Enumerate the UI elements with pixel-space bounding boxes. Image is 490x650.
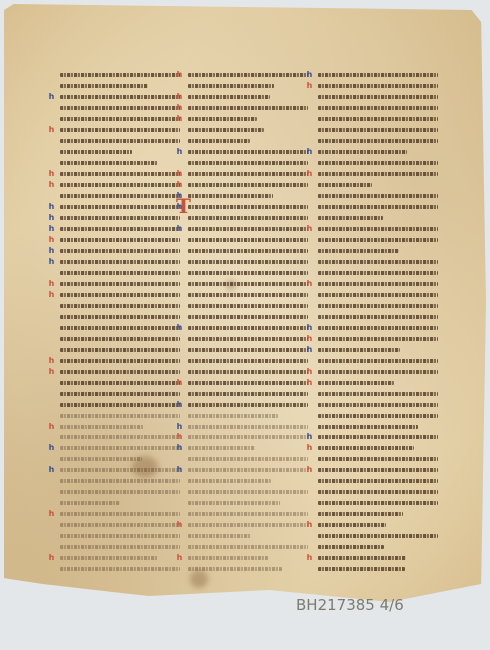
script-line — [58, 411, 180, 421]
handwritten-text — [60, 534, 180, 538]
paraph-mark-icon: h — [48, 367, 55, 376]
handwritten-text — [318, 490, 438, 494]
handwritten-text — [318, 403, 438, 407]
script-line: h — [58, 246, 180, 256]
handwritten-text — [318, 446, 414, 450]
text-column-1: hhhhhhhhhhhhhhhhhhh — [58, 70, 180, 575]
paraph-mark-icon: h — [48, 202, 55, 211]
handwritten-text — [188, 403, 308, 407]
script-line — [58, 70, 180, 80]
handwritten-text — [60, 227, 180, 231]
script-line — [58, 476, 180, 486]
script-line — [316, 564, 438, 574]
handwritten-text — [188, 249, 308, 253]
text-column-2: hhhhhhhhhhhhhhhhhhh — [186, 70, 308, 575]
paraph-mark-icon: h — [176, 92, 183, 101]
handwritten-text — [318, 216, 383, 220]
script-line: h — [316, 279, 438, 289]
handwritten-text — [318, 194, 438, 198]
script-line: h — [58, 279, 180, 289]
script-line — [58, 191, 180, 201]
handwritten-text — [318, 381, 394, 385]
handwritten-text — [60, 304, 180, 308]
handwritten-text — [188, 556, 268, 560]
handwritten-text — [188, 315, 308, 319]
script-line — [186, 345, 308, 355]
script-line: h — [186, 92, 308, 102]
script-line — [58, 158, 180, 168]
handwritten-text — [318, 205, 438, 209]
handwritten-text — [188, 183, 308, 187]
script-line — [58, 81, 180, 91]
paraph-mark-icon: h — [176, 323, 183, 332]
paraph-mark-icon: h — [48, 290, 55, 299]
script-line — [58, 312, 180, 322]
handwritten-text — [60, 425, 144, 429]
handwritten-text — [188, 117, 257, 121]
script-line: h — [58, 224, 180, 234]
handwritten-text — [60, 128, 180, 132]
script-line — [316, 301, 438, 311]
script-line: h — [316, 224, 438, 234]
paraph-mark-icon: h — [306, 443, 313, 452]
handwritten-text — [188, 172, 308, 176]
paraph-mark-icon: h — [176, 180, 183, 189]
handwritten-text — [188, 150, 308, 154]
script-line — [58, 432, 180, 442]
script-line — [316, 114, 438, 124]
script-line — [316, 389, 438, 399]
script-line — [186, 213, 308, 223]
handwritten-text — [188, 567, 282, 571]
handwritten-text — [318, 106, 438, 110]
script-line — [58, 400, 180, 410]
handwritten-text — [318, 556, 406, 560]
handwritten-text — [318, 523, 386, 527]
handwritten-text — [188, 479, 271, 483]
script-line — [186, 334, 308, 344]
paraph-mark-icon: h — [48, 465, 55, 474]
script-line — [316, 290, 438, 300]
paraph-mark-icon: h — [306, 224, 313, 233]
handwritten-text — [60, 238, 180, 242]
paraph-mark-icon: h — [306, 520, 313, 529]
script-line: h — [316, 520, 438, 530]
paraph-mark-icon: h — [176, 103, 183, 112]
paraph-mark-icon: h — [306, 70, 313, 79]
handwritten-text — [188, 545, 308, 549]
script-line: h — [186, 400, 308, 410]
script-line: h — [186, 202, 308, 212]
handwritten-text — [188, 348, 308, 352]
script-line — [186, 356, 308, 366]
script-line — [316, 542, 438, 552]
handwritten-text — [318, 479, 438, 483]
handwritten-text — [60, 392, 180, 396]
paraph-mark-icon: h — [48, 246, 55, 255]
handwritten-text — [188, 84, 274, 88]
handwritten-text — [318, 414, 438, 418]
handwritten-text — [60, 106, 180, 110]
handwritten-text — [60, 337, 180, 341]
handwritten-text — [318, 161, 438, 165]
handwritten-text — [60, 260, 180, 264]
handwritten-text — [60, 414, 180, 418]
handwritten-text — [318, 425, 418, 429]
script-line — [186, 411, 308, 421]
script-line: h — [186, 114, 308, 124]
script-line — [186, 268, 308, 278]
script-line — [316, 509, 438, 519]
script-line: h — [58, 125, 180, 135]
script-line — [316, 103, 438, 113]
paraph-mark-icon: h — [176, 169, 183, 178]
script-line: h — [58, 202, 180, 212]
handwritten-text — [188, 260, 308, 264]
script-line: h — [316, 169, 438, 179]
handwritten-text — [188, 95, 270, 99]
handwritten-text — [60, 567, 180, 571]
handwritten-text — [188, 293, 308, 297]
script-line — [316, 422, 438, 432]
handwritten-text — [60, 545, 180, 549]
script-line — [186, 389, 308, 399]
script-line — [316, 487, 438, 497]
script-line — [316, 312, 438, 322]
handwritten-text — [318, 227, 438, 231]
handwritten-text — [188, 457, 308, 461]
handwritten-text — [60, 326, 180, 330]
script-line — [186, 542, 308, 552]
text-column-3: hhhhhhhhhhhhhhhh — [316, 70, 438, 575]
script-line — [316, 158, 438, 168]
paraph-mark-icon: h — [176, 114, 183, 123]
script-line — [186, 290, 308, 300]
script-line — [186, 158, 308, 168]
script-line — [186, 81, 308, 91]
paraph-mark-icon: h — [176, 422, 183, 431]
handwritten-text — [188, 139, 250, 143]
handwritten-text — [60, 95, 180, 99]
script-line — [58, 136, 180, 146]
paraph-mark-icon: h — [48, 509, 55, 518]
handwritten-text — [188, 414, 278, 418]
handwritten-text — [188, 534, 251, 538]
script-line — [58, 498, 180, 508]
handwritten-text — [60, 84, 148, 88]
handwritten-text — [188, 512, 308, 516]
script-line — [58, 323, 180, 333]
script-line — [58, 378, 180, 388]
script-line — [186, 564, 308, 574]
script-line — [316, 356, 438, 366]
paraph-mark-icon: h — [306, 147, 313, 156]
script-line: h — [58, 290, 180, 300]
handwritten-text — [188, 337, 308, 341]
paraph-mark-icon: h — [48, 180, 55, 189]
script-line — [316, 400, 438, 410]
handwritten-text — [188, 161, 308, 165]
handwritten-text — [60, 359, 180, 363]
paraph-mark-icon: h — [48, 422, 55, 431]
script-line — [316, 246, 438, 256]
handwritten-text — [60, 161, 158, 165]
handwritten-text — [188, 271, 308, 275]
script-line: h — [186, 553, 308, 563]
script-line — [316, 213, 438, 223]
paraph-mark-icon: h — [176, 400, 183, 409]
handwritten-text — [188, 73, 308, 77]
paraph-mark-icon: h — [306, 432, 313, 441]
script-line — [58, 454, 180, 464]
handwritten-text — [318, 370, 438, 374]
paraph-mark-icon: h — [176, 224, 183, 233]
handwritten-text — [60, 194, 180, 198]
handwritten-text — [318, 337, 438, 341]
handwritten-text — [60, 457, 142, 461]
paraph-mark-icon: h — [48, 553, 55, 562]
script-line — [186, 531, 308, 541]
handwritten-text — [318, 304, 438, 308]
script-line: h — [58, 422, 180, 432]
handwritten-text — [188, 304, 308, 308]
handwritten-text — [60, 523, 180, 527]
decorated-initial: T — [176, 196, 192, 216]
handwritten-text — [318, 567, 405, 571]
handwritten-text — [188, 359, 308, 363]
handwritten-text — [318, 139, 438, 143]
paraph-mark-icon: h — [176, 378, 183, 387]
handwritten-text — [60, 216, 180, 220]
script-line — [186, 246, 308, 256]
paraph-mark-icon: h — [176, 70, 183, 79]
script-line — [316, 191, 438, 201]
paraph-mark-icon: h — [176, 465, 183, 474]
handwritten-text — [318, 315, 438, 319]
script-line — [316, 136, 438, 146]
script-line — [316, 454, 438, 464]
handwritten-text — [60, 556, 158, 560]
handwritten-text — [60, 172, 180, 176]
script-line: h — [316, 147, 438, 157]
script-line: h — [186, 422, 308, 432]
paraph-mark-icon: h — [176, 520, 183, 529]
script-line: h — [58, 356, 180, 366]
handwritten-text — [318, 282, 438, 286]
paraph-mark-icon: h — [306, 169, 313, 178]
script-line: h — [58, 367, 180, 377]
handwritten-text — [318, 326, 438, 330]
script-line — [316, 92, 438, 102]
handwritten-text — [188, 194, 273, 198]
script-line: h — [316, 443, 438, 453]
handwritten-text — [318, 545, 384, 549]
script-line — [316, 125, 438, 135]
handwritten-text — [60, 183, 180, 187]
script-line: h — [58, 553, 180, 563]
handwritten-text — [318, 238, 438, 242]
script-line: h — [186, 70, 308, 80]
script-line: h — [316, 323, 438, 333]
paraph-mark-icon: h — [176, 553, 183, 562]
script-line: h — [316, 367, 438, 377]
handwritten-text — [188, 216, 308, 220]
paraph-mark-icon: h — [306, 334, 313, 343]
paraph-mark-icon: h — [48, 169, 55, 178]
handwritten-text — [318, 117, 438, 121]
script-line — [58, 542, 180, 552]
script-line — [58, 147, 180, 157]
paraph-mark-icon: h — [48, 443, 55, 452]
script-line — [186, 498, 308, 508]
script-line — [186, 367, 308, 377]
handwritten-text — [318, 512, 403, 516]
handwritten-text — [60, 315, 180, 319]
script-line: h — [186, 180, 308, 190]
paraph-mark-icon: h — [48, 235, 55, 244]
handwritten-text — [318, 457, 438, 461]
handwritten-text — [60, 150, 132, 154]
script-line: h — [58, 169, 180, 179]
script-line — [186, 312, 308, 322]
script-line — [58, 345, 180, 355]
script-line: h — [186, 520, 308, 530]
handwritten-text — [318, 468, 438, 472]
handwritten-text — [60, 446, 180, 450]
script-line — [316, 202, 438, 212]
paraph-mark-icon: h — [306, 345, 313, 354]
handwritten-text — [318, 359, 438, 363]
handwritten-text — [60, 282, 180, 286]
script-line — [186, 487, 308, 497]
script-line: h — [186, 378, 308, 388]
script-line — [58, 268, 180, 278]
handwritten-text — [188, 425, 308, 429]
handwritten-text — [60, 117, 180, 121]
paraph-mark-icon: h — [306, 81, 313, 90]
script-line — [316, 257, 438, 267]
paraph-mark-icon: h — [306, 279, 313, 288]
handwritten-text — [188, 468, 308, 472]
handwritten-text — [318, 249, 399, 253]
paraph-mark-icon: h — [48, 213, 55, 222]
paraph-mark-icon: h — [48, 125, 55, 134]
script-line — [186, 454, 308, 464]
script-line — [58, 334, 180, 344]
handwritten-text — [188, 490, 308, 494]
script-line — [316, 411, 438, 421]
script-line — [186, 509, 308, 519]
paraph-mark-icon: h — [176, 443, 183, 452]
script-line: h — [186, 465, 308, 475]
handwritten-text — [318, 392, 438, 396]
script-line: h — [316, 345, 438, 355]
handwritten-text — [188, 523, 308, 527]
script-line — [316, 531, 438, 541]
handwritten-text — [188, 501, 280, 505]
handwritten-text — [188, 381, 308, 385]
paraph-mark-icon: h — [48, 279, 55, 288]
handwritten-text — [60, 381, 180, 385]
script-line: h — [186, 224, 308, 234]
handwritten-text — [318, 534, 438, 538]
handwritten-text — [60, 271, 180, 275]
script-line — [186, 279, 308, 289]
handwritten-text — [60, 205, 180, 209]
script-line: h — [186, 432, 308, 442]
script-line: h — [316, 334, 438, 344]
script-line — [58, 301, 180, 311]
paraph-mark-icon: h — [306, 378, 313, 387]
handwritten-text — [60, 512, 180, 516]
script-line — [186, 257, 308, 267]
paraph-mark-icon: h — [48, 92, 55, 101]
handwritten-text — [318, 348, 400, 352]
handwritten-text — [318, 260, 438, 264]
handwritten-text — [188, 435, 308, 439]
handwritten-text — [60, 139, 180, 143]
script-line: h — [186, 443, 308, 453]
handwritten-text — [60, 479, 180, 483]
handwritten-text — [60, 293, 180, 297]
script-line — [316, 476, 438, 486]
script-line — [58, 389, 180, 399]
script-line: h — [58, 257, 180, 267]
script-line: h — [316, 81, 438, 91]
handwritten-text — [318, 84, 438, 88]
handwritten-text — [188, 106, 308, 110]
script-line: h — [58, 465, 180, 475]
handwritten-text — [188, 370, 308, 374]
handwritten-text — [60, 370, 180, 374]
script-line — [186, 125, 308, 135]
handwritten-text — [318, 150, 407, 154]
script-line: h — [186, 169, 308, 179]
shelfmark-label: BH217385 4/6 — [296, 596, 404, 614]
paraph-mark-icon: h — [48, 224, 55, 233]
handwritten-text — [318, 172, 438, 176]
paraph-mark-icon: h — [48, 356, 55, 365]
handwritten-text — [60, 490, 180, 494]
script-line: h — [58, 180, 180, 190]
script-line — [58, 114, 180, 124]
script-line: h — [58, 213, 180, 223]
script-line — [316, 235, 438, 245]
paraph-mark-icon: h — [176, 147, 183, 156]
handwritten-text — [318, 271, 438, 275]
script-line — [186, 476, 308, 486]
paraph-mark-icon: h — [306, 323, 313, 332]
handwritten-text — [60, 501, 120, 505]
script-line — [58, 103, 180, 113]
handwritten-text — [188, 392, 308, 396]
handwritten-text — [318, 435, 438, 439]
script-line: h — [186, 103, 308, 113]
script-line — [186, 136, 308, 146]
paraph-mark-icon: h — [306, 553, 313, 562]
script-line: h — [186, 323, 308, 333]
script-line — [58, 564, 180, 574]
script-line — [186, 235, 308, 245]
handwritten-text — [188, 238, 308, 242]
paraph-mark-icon: h — [176, 432, 183, 441]
script-line — [316, 180, 438, 190]
handwritten-text — [60, 435, 180, 439]
handwritten-text — [188, 227, 308, 231]
script-line: h — [316, 553, 438, 563]
handwritten-text — [60, 249, 180, 253]
handwritten-text — [60, 468, 180, 472]
